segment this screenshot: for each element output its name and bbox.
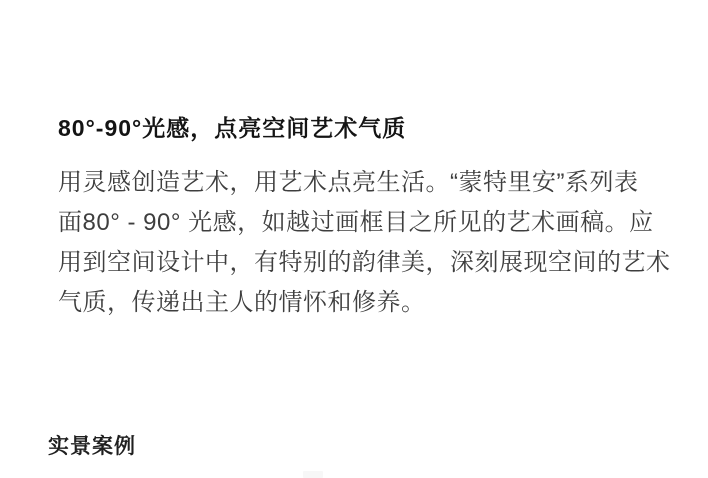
paragraph-line: 用到空间设计中，有特别的韵律美，深刻展现空间的艺术 [58,243,668,283]
paragraph-line: 用灵感创造艺术，用艺术点亮生活。“蒙特里安”系列表 [58,163,668,203]
paragraph-line: 面80° - 90° 光感，如越过画框目之所见的艺术画稿。应 [58,203,668,243]
paragraph-line: 气质，传递出主人的情怀和修养。 [58,283,668,323]
next-image-top-edge [303,471,323,478]
description-paragraph: 用灵感创造艺术，用艺术点亮生活。“蒙特里安”系列表 面80° - 90° 光感，… [58,163,668,323]
section-heading: 80°-90°光感，点亮空间艺术气质 [58,110,406,143]
subsection-heading: 实景案例 [48,430,136,460]
product-detail-page: 80°-90°光感，点亮空间艺术气质 用灵感创造艺术，用艺术点亮生活。“蒙特里安… [0,0,708,478]
